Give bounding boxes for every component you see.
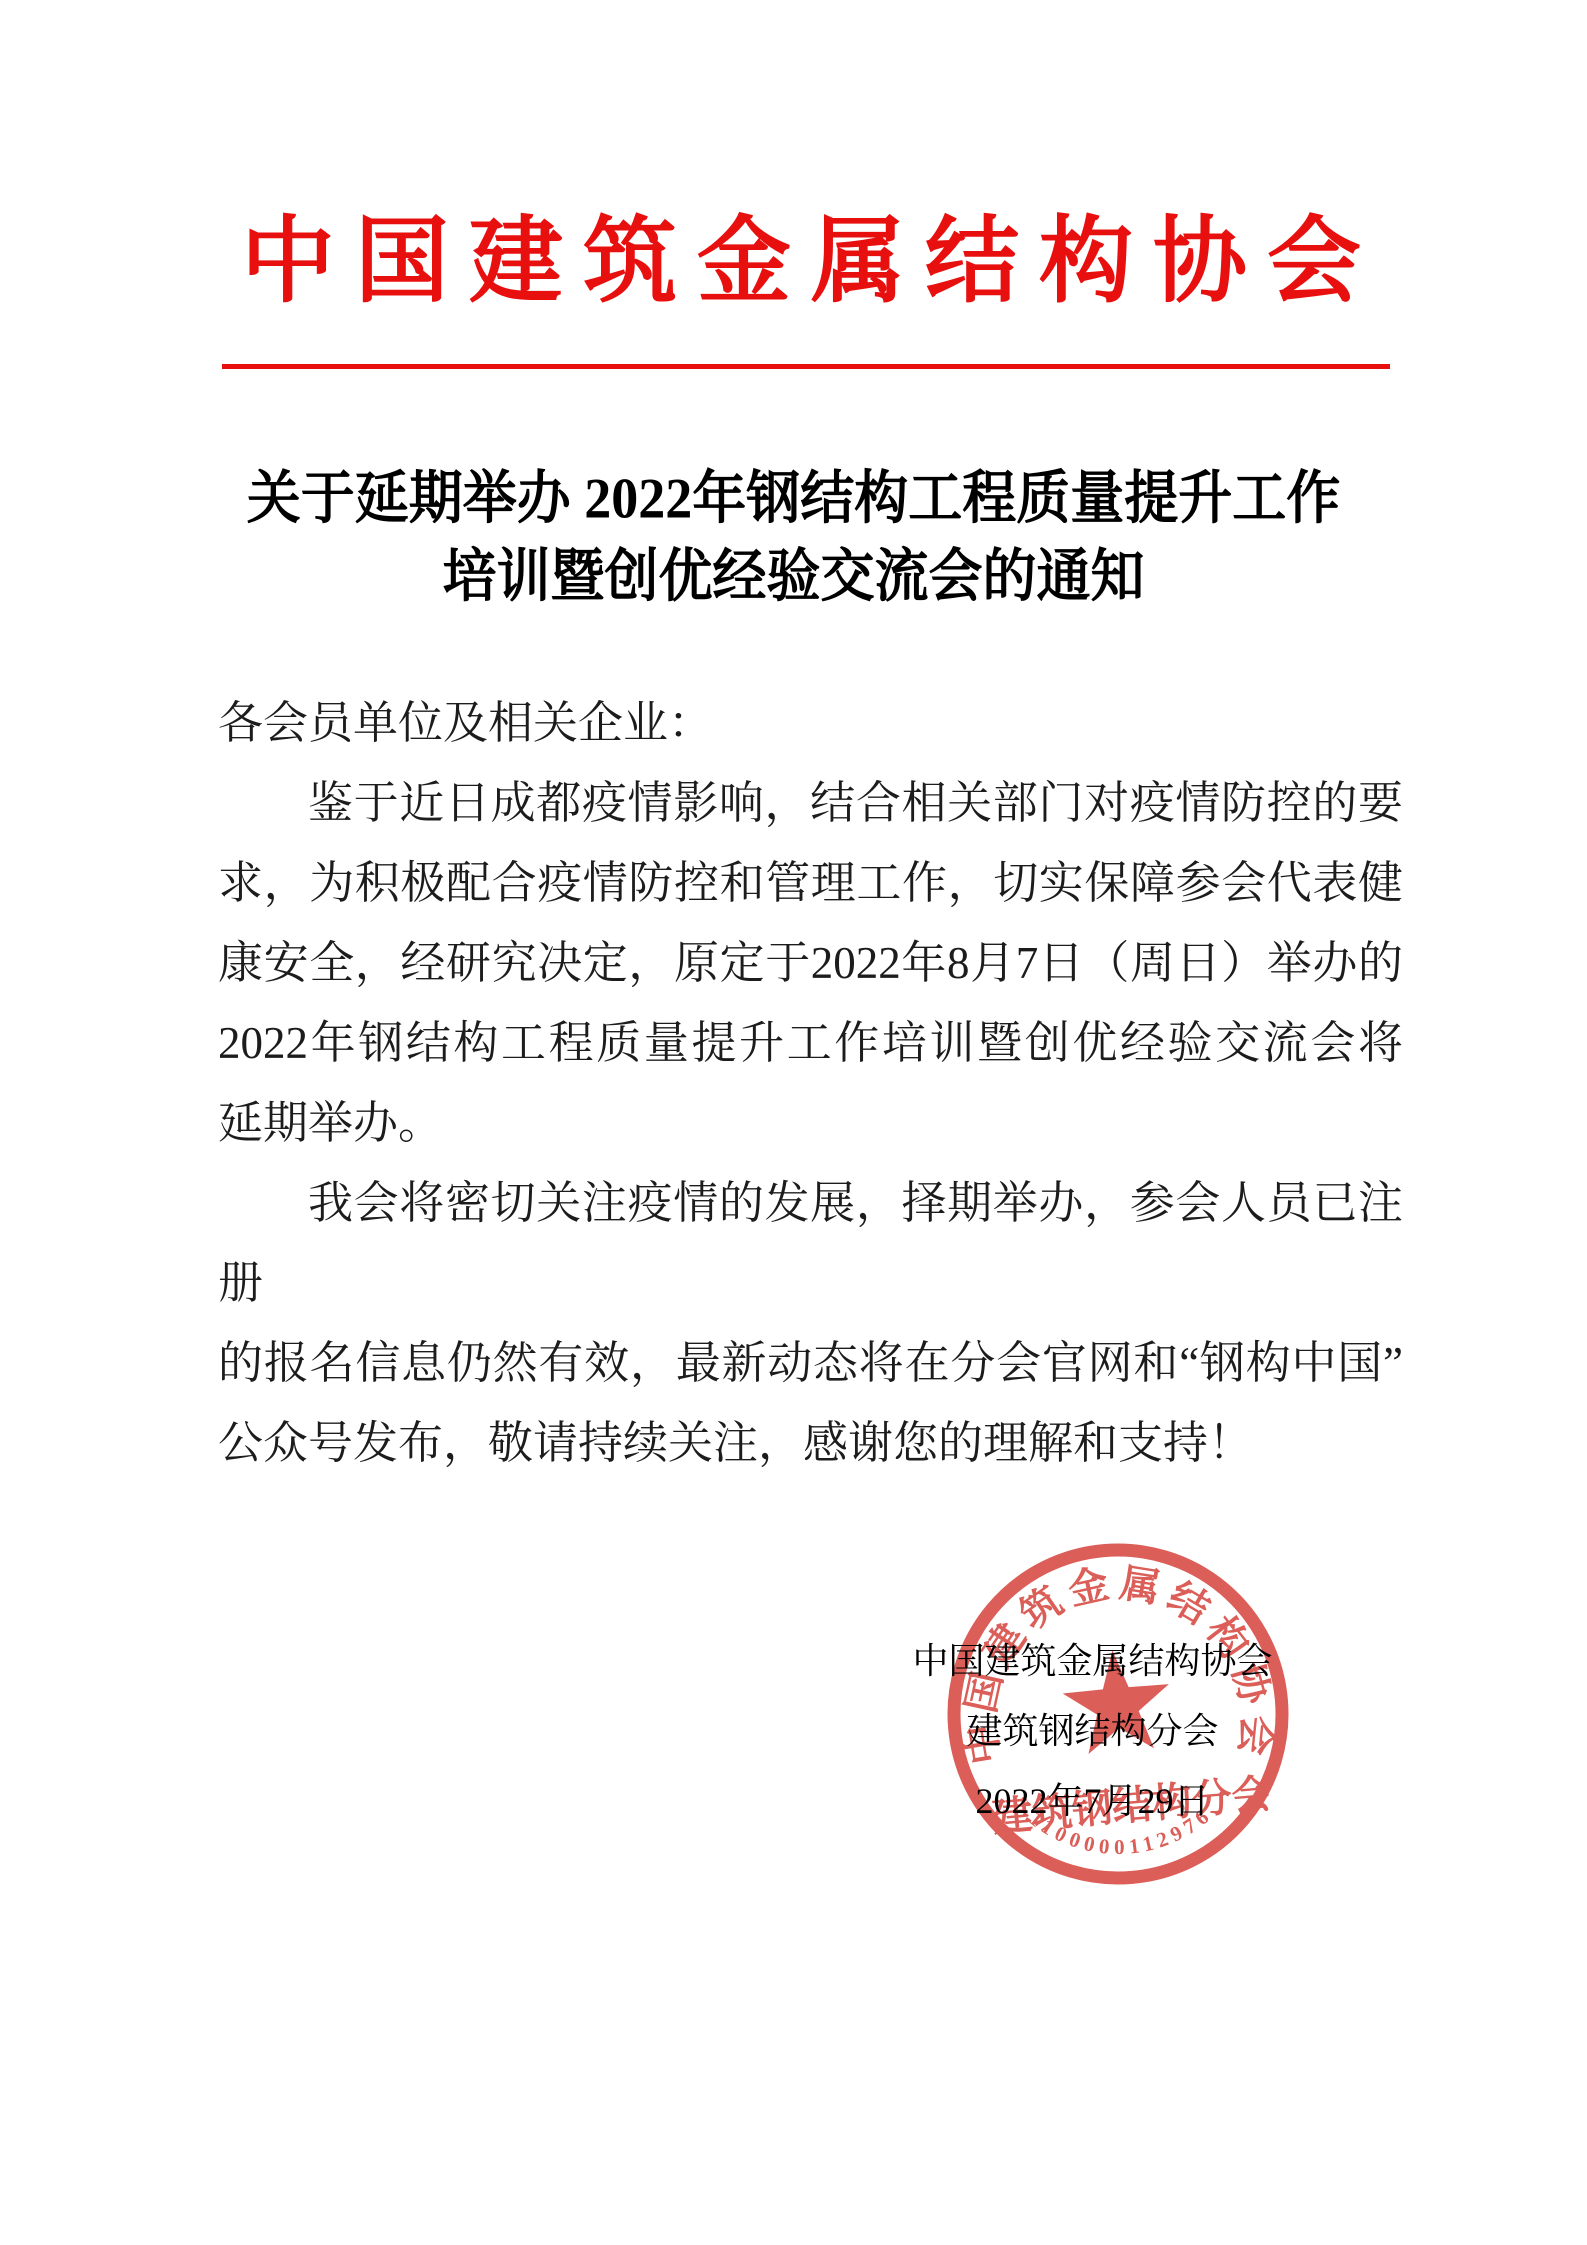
- document-page: 中国建筑金属结构协会 关于延期举办 2022年钢结构工程质量提升工作 培训暨创优…: [0, 0, 1587, 2245]
- signature-block: 中国建筑金属结构协会 建筑钢结构分会 2022年7月29日: [890, 1626, 1295, 1836]
- notice-body: 各会员单位及相关企业： 鉴于近日成都疫情影响，结合相关部门对疫情防控的要 求，为…: [218, 683, 1403, 1483]
- signature-org-name: 中国建筑金属结构协会: [890, 1626, 1295, 1696]
- body-line: 鉴于近日成都疫情影响，结合相关部门对疫情防控的要: [218, 763, 1403, 843]
- body-line: 康安全，经研究决定，原定于2022年8月7日（周日）举办的: [218, 923, 1403, 1003]
- letterhead-divider-rule: [222, 364, 1390, 369]
- signature-branch-name: 建筑钢结构分会: [890, 1696, 1295, 1766]
- salutation-line: 各会员单位及相关企业：: [218, 683, 1403, 763]
- notice-title: 关于延期举办 2022年钢结构工程质量提升工作 培训暨创优经验交流会的通知: [0, 459, 1587, 616]
- body-line: 2022年钢结构工程质量提升工作培训暨创优经验交流会将: [218, 1003, 1403, 1083]
- notice-title-line2: 培训暨创优经验交流会的通知: [0, 537, 1587, 615]
- body-line: 我会将密切关注疫情的发展，择期举办，参会人员已注册: [218, 1163, 1403, 1323]
- letterhead-org-name: 中国建筑金属结构协会: [0, 200, 1587, 325]
- body-line: 求，为积极配合疫情防控和管理工作，切实保障参会代表健: [218, 843, 1403, 923]
- body-line: 的报名信息仍然有效，最新动态将在分会官网和“钢构中国”: [218, 1323, 1403, 1403]
- signature-date: 2022年7月29日: [890, 1766, 1295, 1836]
- body-line: 延期举办。: [218, 1083, 1403, 1163]
- body-line: 公众号发布，敬请持续关注，感谢您的理解和支持！: [218, 1403, 1403, 1483]
- notice-title-line1: 关于延期举办 2022年钢结构工程质量提升工作: [0, 459, 1587, 537]
